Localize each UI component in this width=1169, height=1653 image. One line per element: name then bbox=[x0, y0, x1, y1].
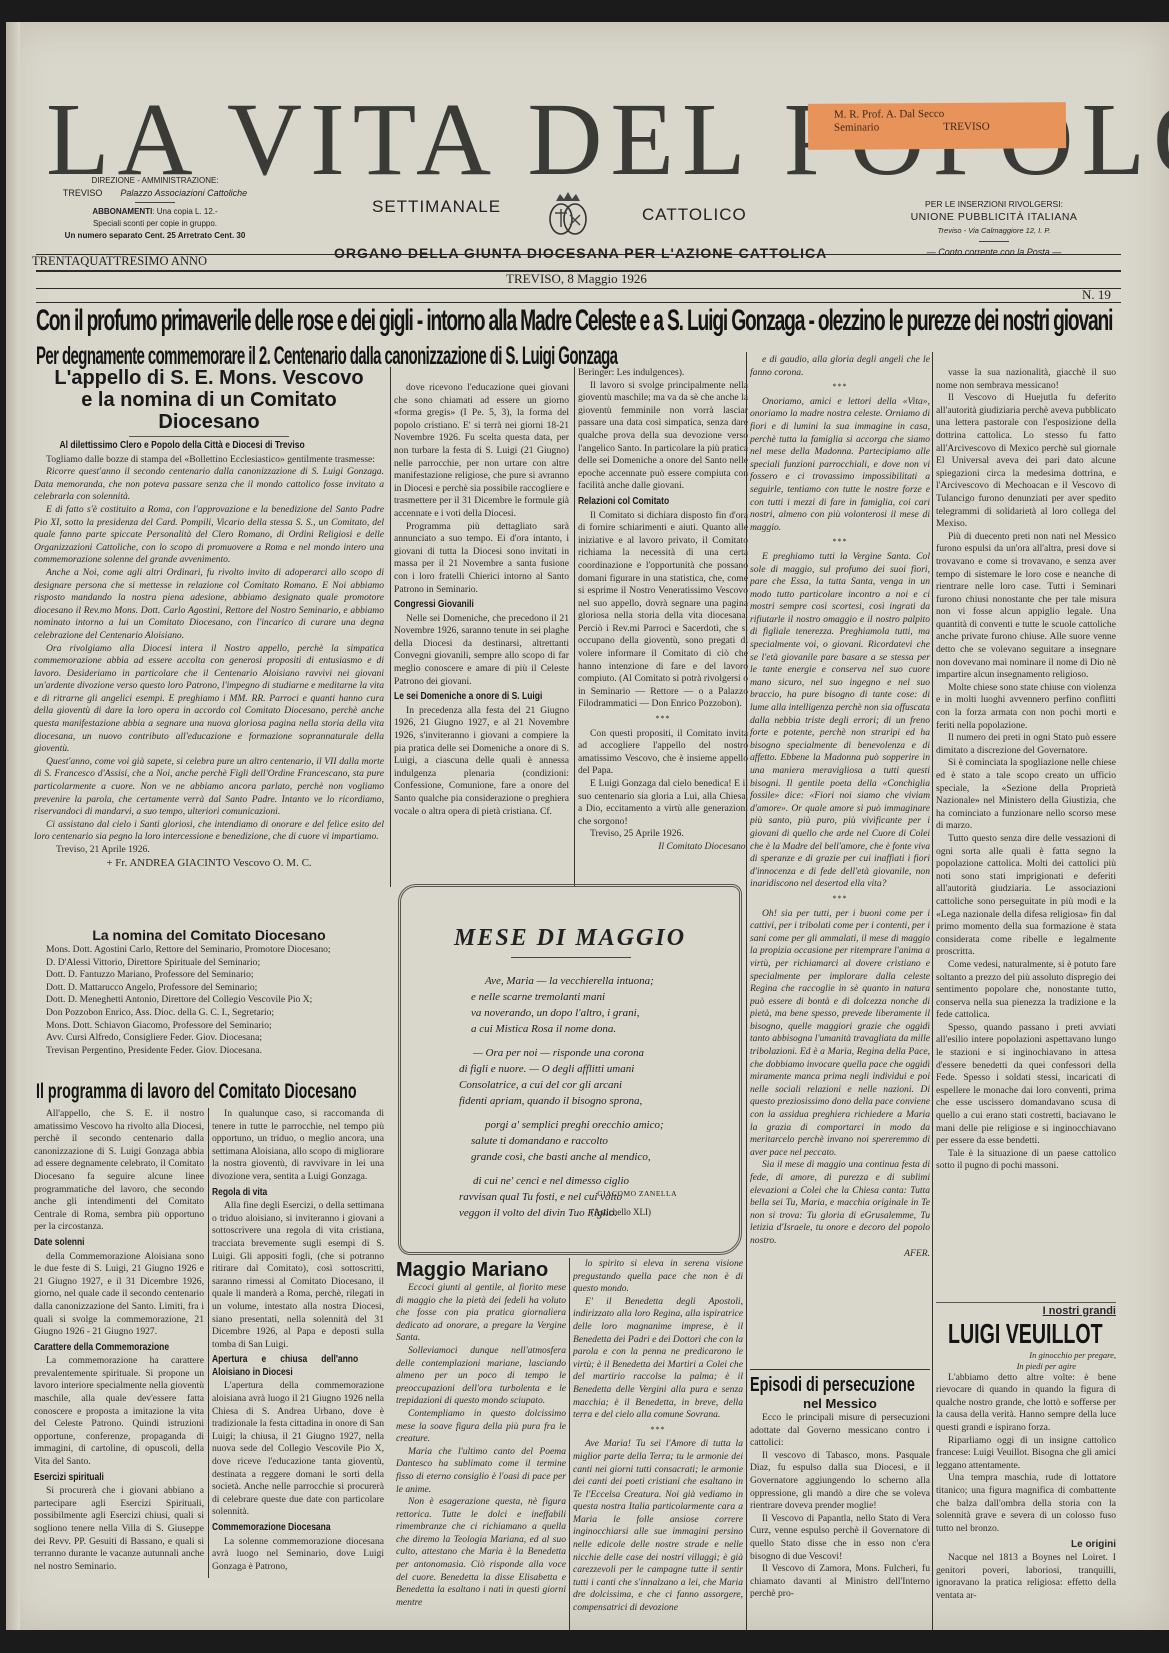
committee-member: Mons. Dott. Schiavon Giacomo, Professore… bbox=[34, 1020, 384, 1033]
maggio-column-2: lo spirito si eleva in serena visione pr… bbox=[573, 1258, 743, 1630]
paragraph: Quest'anno, come voi già sapete, si cele… bbox=[34, 756, 384, 819]
programma-column-3: dove ricevono l'educazione quei giovani … bbox=[394, 382, 569, 874]
coat-of-arms-icon bbox=[542, 189, 594, 241]
paragraph: Eccoci giunti al gentile, al fiorito mes… bbox=[396, 1282, 566, 1345]
veuillot-body: L'abbiamo detto altre volte: è bene riev… bbox=[936, 1372, 1116, 1536]
poem-stanza: — Ora per noi — risponde una coronadi fi… bbox=[459, 1045, 719, 1109]
paragraph: Si è cominciata la spogliazione nelle ch… bbox=[936, 757, 1116, 833]
appello-intro: Togliamo dalle bozze di stampa del «Boll… bbox=[34, 454, 384, 467]
committee-member: D. D'Alessi Vittorio, Direttore Spiritua… bbox=[34, 957, 384, 970]
appello-date: Treviso, 21 Aprile 1926. bbox=[34, 844, 384, 857]
programma-title: Il programma di lavoro del Comitato Dioc… bbox=[36, 1080, 357, 1104]
admin-info: DIREZIONE - AMMINISTRAZIONE: TREVISOPala… bbox=[40, 175, 270, 242]
committee-member: Avv. Cursi Alfredo, Consigliere Feder. G… bbox=[34, 1032, 384, 1045]
paragraph: dove ricevono l'educazione quei giovani … bbox=[394, 382, 569, 521]
single-copy-price: Un numero separato Cent. 25 Arretrato Ce… bbox=[65, 231, 246, 240]
maggio-body: Eccoci giunti al gentile, al fiorito mes… bbox=[396, 1282, 566, 1609]
paragraph: E preghiamo tutti la Vergine Santa. Col … bbox=[750, 551, 930, 891]
column-rule bbox=[574, 367, 575, 887]
paragraph: Una tempra maschia, rude di lottatore ti… bbox=[936, 1472, 1116, 1535]
paragraph: Il Vescovo di Huejutla fu deferito all'a… bbox=[936, 392, 1116, 531]
section-heading: Apertura e chiusa dell'anno Aloisiano in… bbox=[212, 1354, 358, 1379]
divider bbox=[511, 957, 631, 958]
paragraph: Programma più dettagliato sarà annunciat… bbox=[394, 521, 569, 597]
paragraph: Anche a Noi, come agli altri Ordinari, f… bbox=[34, 567, 384, 643]
section-heading: Date solenni bbox=[34, 1237, 179, 1250]
paragraph: Ecco le principali misure di persecuzion… bbox=[750, 1412, 930, 1450]
admin-heading: DIREZIONE - AMMINISTRAZIONE: bbox=[40, 175, 270, 187]
paragraph: La solenne commemorazione diocesana avrà… bbox=[212, 1536, 384, 1574]
poem-source: (Astichello XLI) bbox=[591, 1207, 651, 1217]
divider bbox=[979, 241, 1009, 242]
paragraph: Non è esagerazione questa, nè figura ret… bbox=[396, 1496, 566, 1609]
messico-title: Episodi di persecuzione bbox=[750, 1374, 880, 1396]
paragraph: Il Vescovo di Papantla, nello Stato di V… bbox=[750, 1513, 930, 1563]
paragraph: Il vescovo di Tabasco, mons. Pasquale Di… bbox=[750, 1450, 930, 1513]
separator-stars: *** bbox=[578, 713, 748, 726]
poem-line: Ave, Maria — la vecchierella intuona; bbox=[471, 973, 719, 989]
committee-member: Trevisan Pergentino, Presidente Feder. G… bbox=[34, 1045, 384, 1058]
poem-line: fidenti apriam, quando il bisogno sprona… bbox=[459, 1093, 719, 1109]
poem-text: Ave, Maria — la vecchierella intuona;e n… bbox=[459, 973, 719, 1229]
paragraph: Con questi propositi, il Comitato invita… bbox=[578, 728, 748, 778]
paragraph: della Commemorazione Aloisiana sono le d… bbox=[34, 1251, 204, 1339]
paragraph: Il lavoro si svolge principalmente nella… bbox=[578, 380, 748, 493]
veuillot-kicker: I nostri grandi bbox=[936, 1305, 1116, 1318]
main-headline: Con il profumo primaverile delle rose e … bbox=[36, 304, 1124, 338]
appello-signature: + Fr. ANDREA GIACINTO Vescovo O. M. C. bbox=[34, 857, 384, 870]
paragraph: Il numero dei preti in ogni Stato può es… bbox=[936, 732, 1116, 757]
paragraph: All'appello, che S. E. il nostro amatiss… bbox=[34, 1108, 204, 1234]
poem-author: GIACOMO ZANELLA bbox=[597, 1189, 677, 1198]
paragraph: vasse la sua nazionalità, giacchè il suo… bbox=[936, 367, 1116, 392]
paragraph: Nelle sei Domeniche, che precedono il 21… bbox=[394, 613, 569, 689]
postal-account: — Conto corrente con la Posta — bbox=[927, 247, 1062, 257]
ads-address: Treviso - Via Calmaggiore 12, I. P. bbox=[938, 226, 1051, 235]
signature: Il Comitato Diocesano. bbox=[578, 841, 748, 854]
nomina-members: Mons. Dott. Agostini Carlo, Rettore del … bbox=[34, 944, 384, 1057]
address-label: M. R. Prof. A. Dal Secco SeminarioTREVIS… bbox=[808, 102, 1066, 150]
section-heading: Relazioni col Comitato bbox=[578, 496, 723, 509]
poem-line: salute ti domandano e raccolto bbox=[471, 1133, 719, 1149]
divider bbox=[135, 202, 175, 203]
poem-line: porgi a' semplici preghi orecchio amico; bbox=[471, 1117, 719, 1133]
messico-article: Episodi di persecuzione nel Messico Ecco… bbox=[750, 1374, 930, 1630]
maggio-continuation: e di gaudio, alla gloria degli angeli ch… bbox=[750, 354, 930, 1354]
paragraph: Onoriamo, amici e lettori della «Vita», … bbox=[750, 396, 930, 535]
advertising-info: PER LE INSERZIONI RIVOLGERSI: UNIONE PUB… bbox=[894, 198, 1094, 259]
paragraph: E Luigi Gonzaga dal cielo benedica! E il… bbox=[578, 778, 748, 828]
paragraph: Il Vescovo di Zamora, Mons. Fulcheri, fu… bbox=[750, 1563, 930, 1601]
veuillot-title: LUIGI VEUILLOT bbox=[948, 1318, 1066, 1350]
poem-line: di figli e nuore. — O degli afflitti uma… bbox=[459, 1061, 719, 1077]
paragraph: Contempliamo in questo dolcissimo mese l… bbox=[396, 1408, 566, 1446]
poem-frame: MESE DI MAGGIO Ave, Maria — la vecchiere… bbox=[398, 884, 742, 1255]
paragraph: Riparliamo oggi di un insigne cattolico … bbox=[936, 1435, 1116, 1473]
paragraph: Ci assistano dal cielo i Santi gloriosi,… bbox=[34, 819, 384, 844]
paragraph: Tale è la situazione di un paese cattoli… bbox=[936, 1148, 1116, 1173]
subscriptions-label: ABBONAMENTI bbox=[92, 207, 152, 216]
newspaper-page: LA VITA DEL POPOLO M. R. Prof. A. Dal Se… bbox=[6, 22, 1169, 1630]
paragraph: Treviso, 25 Aprile 1926. bbox=[578, 828, 748, 841]
veuillot-subhead: Le origini bbox=[936, 1539, 1116, 1552]
poem-line: — Ora per noi — risponde una corona bbox=[459, 1045, 719, 1061]
catholic-label: CATTOLICO bbox=[642, 205, 747, 225]
section-heading: Congressi Giovanili bbox=[394, 599, 543, 612]
poem-stanza: porgi a' semplici preghi orecchio amico;… bbox=[459, 1117, 719, 1165]
maggio-title: Maggio Mariano bbox=[396, 1258, 566, 1282]
nomina-article: La nomina del Comitato Diocesano Mons. D… bbox=[34, 926, 384, 1076]
section-heading: Commemorazione Diocesana bbox=[212, 1522, 358, 1535]
appello-article: L'appello di S. E. Mons. Vescovo e la no… bbox=[34, 367, 384, 922]
poem-line: Consolatrice, a cui del cor gli arcani bbox=[459, 1077, 719, 1093]
column-rule bbox=[746, 352, 747, 1630]
section-heading: Le sei Domeniche a onore di S. Luigi bbox=[394, 691, 543, 704]
paragraph: Maria che l'ultimo canto del Poema Dante… bbox=[396, 1446, 566, 1496]
veuillot-motto-2: In piedi per agire bbox=[936, 1361, 1116, 1372]
column-rule bbox=[569, 1258, 570, 1630]
signature: AFER. bbox=[750, 1248, 930, 1261]
poem-stanza: Ave, Maria — la vecchierella intuona;e n… bbox=[459, 973, 719, 1037]
organ-subtitle: ORGANO DELLA GIUNTA DIOCESANA PER L'AZIO… bbox=[334, 245, 854, 261]
subscriptions-price: : Una copia L. 12.- bbox=[152, 207, 217, 216]
paragraph: lo spirito si eleva in serena visione pr… bbox=[573, 1258, 743, 1296]
messico-body: Ecco le principali misure di persecuzion… bbox=[750, 1412, 930, 1601]
paragraph: L'apertura della commemorazione aloisian… bbox=[212, 1380, 384, 1519]
paragraph: In precedenza alla festa del 21 Giugno 1… bbox=[394, 705, 569, 818]
poem-line: a cui Mistica Rosa il nome dona. bbox=[471, 1021, 719, 1037]
weekly-label: SETTIMANALE bbox=[372, 197, 501, 217]
paragraph: Si procurerà che i giovani abbiano a par… bbox=[34, 1485, 204, 1573]
paragraph: E' il Benedetta degli Apostoli, indirizz… bbox=[573, 1296, 743, 1422]
divider bbox=[750, 1369, 930, 1370]
ads-agency: UNIONE PUBBLICITÀ ITALIANA bbox=[894, 211, 1094, 224]
paragraph: Il Comitato si dichiara disposto fin d'o… bbox=[578, 510, 748, 712]
rule bbox=[36, 288, 1121, 289]
volume-year: TRENTAQUATTRESIMO ANNO bbox=[32, 254, 207, 269]
address-label-place: Seminario bbox=[834, 121, 879, 134]
separator-stars: *** bbox=[750, 381, 930, 394]
paragraph: L'abbiamo detto altre volte: è bene riev… bbox=[936, 1372, 1116, 1435]
poem-line: e nelle scarne tremolanti mani bbox=[471, 989, 719, 1005]
admin-address: Palazzo Associazioni Cattoliche bbox=[120, 187, 247, 199]
paragraph: Sia il mese di maggio una continua festa… bbox=[750, 1159, 930, 1247]
paragraph: Beringer: Les indulgences). bbox=[578, 367, 748, 380]
paragraph: Tutto questo senza dire delle vessazioni… bbox=[936, 833, 1116, 959]
paragraph: In qualunque caso, si raccomanda di tene… bbox=[212, 1108, 384, 1184]
committee-member: Dott. D. Mattarucco Angelo, Professore d… bbox=[34, 982, 384, 995]
admin-city: TREVISO bbox=[63, 187, 103, 199]
paragraph: Molte chiese sono state chiuse con viole… bbox=[936, 682, 1116, 732]
poem-line: va noverando, un dopo l'altro, i grani, bbox=[471, 1005, 719, 1021]
poem-line: grande così, che basti anche al mendico, bbox=[471, 1149, 719, 1165]
paragraph: Ora rivolgiamo alla Diocesi intera il No… bbox=[34, 643, 384, 756]
paragraph: e di gaudio, alla gloria degli angeli ch… bbox=[750, 354, 930, 379]
separator-stars: *** bbox=[750, 536, 930, 549]
divider bbox=[936, 1302, 1116, 1303]
ads-heading: PER LE INSERZIONI RIVOLGERSI: bbox=[894, 198, 1094, 211]
poem-line: veggon il volto del divin Tuo Figlio. bbox=[459, 1205, 719, 1221]
appello-address: Al dilettissimo Clero e Popolo della Cit… bbox=[34, 440, 332, 453]
appello-title-1: L'appello di S. E. Mons. Vescovo bbox=[34, 367, 384, 389]
column-rule bbox=[932, 352, 933, 1630]
messico-subtitle: nel Messico bbox=[750, 1396, 930, 1412]
discounts: Speciali sconti per copie in gruppo. bbox=[40, 218, 270, 230]
appello-title-2: e la nomina di un Comitato Diocesano bbox=[34, 389, 384, 433]
section-heading: Esercizi spirituali bbox=[34, 1472, 179, 1485]
paragraph: E di fatto s'è costituito a Roma, con l'… bbox=[34, 504, 384, 567]
paragraph: Ave Maria! Tu sei l'Amore di tutta la mi… bbox=[573, 1438, 743, 1614]
page-edge bbox=[6, 22, 20, 1630]
poem-line: di cui ne' cenci e nel dimesso ciglio bbox=[459, 1173, 719, 1189]
issue-date: TREVISO, 8 Maggio 1926 bbox=[506, 271, 647, 287]
committee-member: Don Pozzobon Enrico, Ass. Dioc. della G.… bbox=[34, 1007, 384, 1020]
paragraph: Spesso, quando passano i preti avviati a… bbox=[936, 1022, 1116, 1148]
nomina-title: La nomina del Comitato Diocesano bbox=[34, 926, 384, 944]
divider bbox=[129, 436, 289, 437]
programma-column-2: In qualunque caso, si raccomanda di tene… bbox=[212, 1108, 384, 1608]
separator-stars: *** bbox=[573, 1424, 743, 1437]
poem-stanza: di cui ne' cenci e nel dimesso cigliorav… bbox=[459, 1173, 719, 1221]
paragraph: Come vedesi, naturalmente, si è potuto f… bbox=[936, 959, 1116, 1022]
section-heading: Regola di vita bbox=[212, 1187, 358, 1200]
veuillot-motto-1: In ginocchio per pregare, bbox=[936, 1350, 1116, 1361]
messico-continuation: vasse la sua nazionalità, giacchè il suo… bbox=[936, 367, 1116, 1297]
programma-column-4: Beringer: Les indulgences).Il lavoro si … bbox=[578, 367, 748, 877]
rule bbox=[36, 302, 1121, 303]
veuillot-article: I nostri grandi LUIGI VEUILLOT In ginocc… bbox=[936, 1305, 1116, 1630]
paragraph: Solleviamoci dunque nell'atmosfera delle… bbox=[396, 1345, 566, 1408]
paragraph: Oh! sia per tutti, per i buoni come per … bbox=[750, 908, 930, 1160]
address-label-city: TREVISO bbox=[943, 121, 990, 134]
veuillot-origins: Nacque nel 1813 a Boynes nel Loiret. I g… bbox=[936, 1552, 1116, 1602]
issue-number: N. 19 bbox=[1082, 287, 1111, 303]
paragraph: Ricorre quest'anno il secondo centenario… bbox=[34, 466, 384, 504]
poem-line: ravvisan qual Tu fosti, e nel cui volto bbox=[459, 1189, 719, 1205]
maggio-column-1: Maggio Mariano Eccoci giunti al gentile,… bbox=[396, 1258, 566, 1630]
paragraph: La commemorazione ha carattere prevalent… bbox=[34, 1355, 204, 1468]
column-rule bbox=[390, 367, 391, 887]
section-heading: Carattere della Commemorazione bbox=[34, 1342, 179, 1355]
paragraph: Alla fine degli Esercizi, o della settim… bbox=[212, 1200, 384, 1351]
poem-title: MESE DI MAGGIO bbox=[401, 925, 739, 952]
column-rule bbox=[208, 1108, 209, 1578]
committee-member: Dott. D. Meneghetti Antonio, Direttore d… bbox=[34, 994, 384, 1007]
committee-member: Dott. D. Fantuzzo Mariano, Professore de… bbox=[34, 969, 384, 982]
committee-member: Mons. Dott. Agostini Carlo, Rettore del … bbox=[34, 944, 384, 957]
programma-column-1: All'appello, che S. E. il nostro amatiss… bbox=[34, 1108, 204, 1608]
appello-body: Ricorre quest'anno il secondo centenario… bbox=[34, 466, 384, 844]
separator-stars: *** bbox=[750, 893, 930, 906]
paragraph: Più di duecento preti non nati nel Messi… bbox=[936, 531, 1116, 682]
